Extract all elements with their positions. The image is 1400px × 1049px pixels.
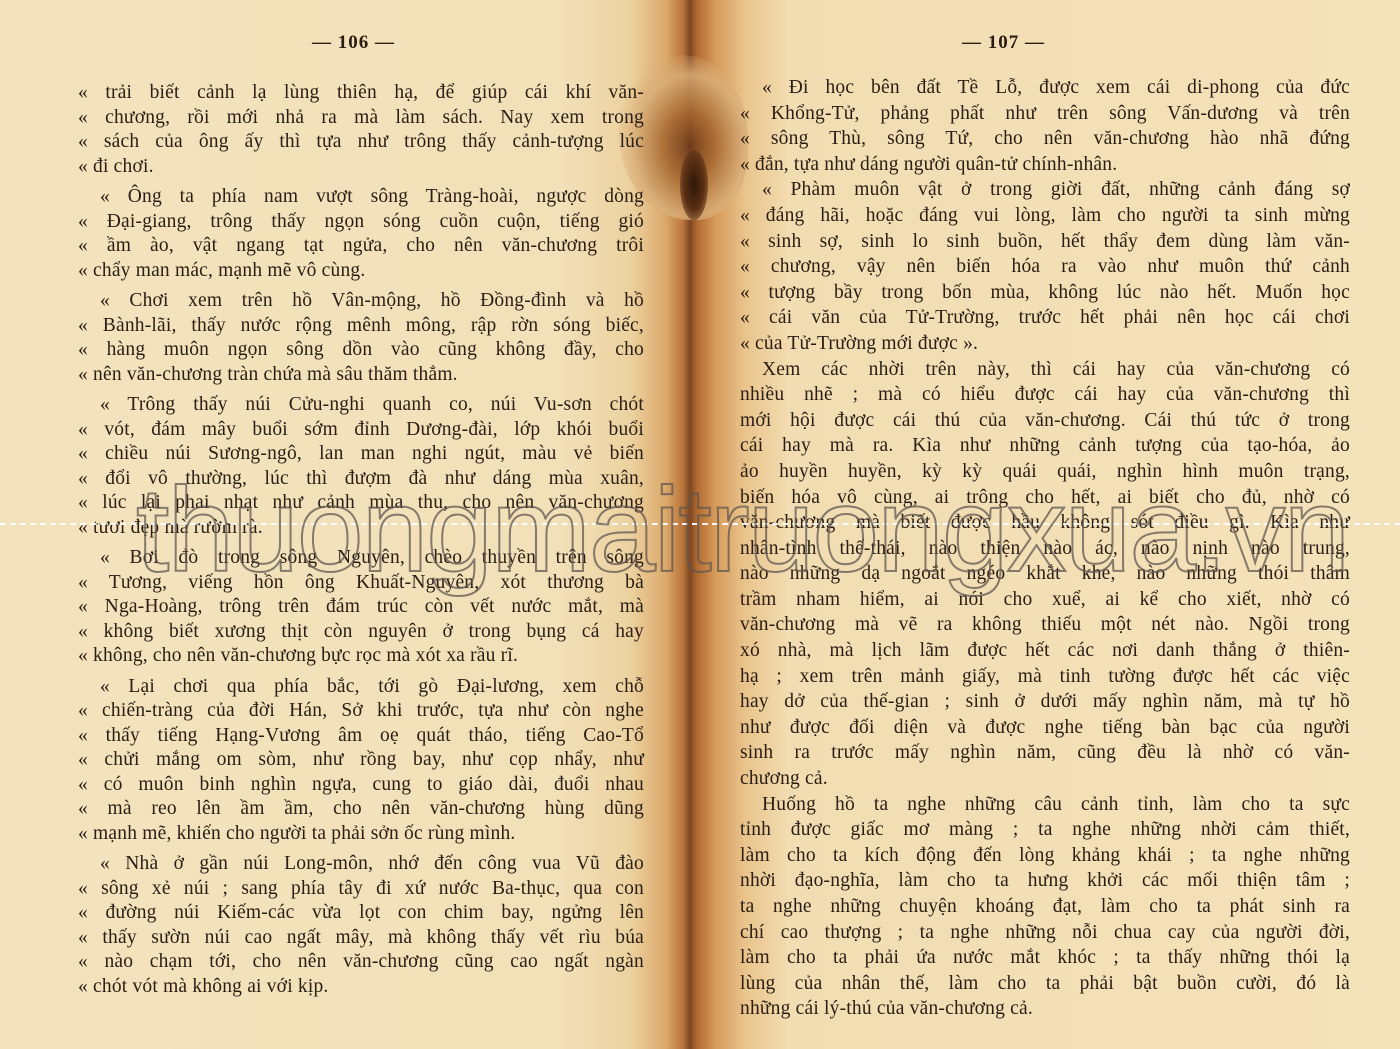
paragraph: « Ông ta phía nam vượt sông Tràng-hoài, … [78, 185, 644, 283]
text-line: « trải biết cảnh lạ lùng thiên hạ, để gi… [78, 81, 644, 106]
text-line: chương cả. [740, 766, 1350, 792]
text-line: « nào chạm tới, cho nên văn-chương cũng … [78, 950, 644, 975]
text-line: « chửi mắng om sòm, như rồng bay, như cọ… [78, 748, 644, 773]
text-line: « ầm ào, vật ngang tạt ngửa, cho nên văn… [78, 234, 644, 259]
text-line: « Lại chơi qua phía bắc, tới gò Đại-lươn… [78, 675, 644, 700]
text-line: « nên văn-chương tràn chứa mà sâu thăm t… [78, 363, 644, 388]
text-line: « Trông thấy núi Cửu-nghi quanh co, núi … [78, 393, 644, 418]
text-line: « có muôn binh nghìn ngựa, cung to giáo … [78, 773, 644, 798]
paragraph: « Đi học bên đất Tề Lỗ, được xem cái di-… [740, 75, 1350, 177]
page-number: — 107 — [962, 32, 1045, 54]
text-line: « thấy sườn núi cao ngất mây, mà không t… [78, 926, 644, 951]
text-line: « hàng muôn ngọn sông dồn vào cũng không… [78, 338, 644, 363]
text-line: những cái lý-thú của văn-chương cả. [740, 996, 1350, 1022]
text-line: « đáng hãi, hoặc đáng vui lòng, làm cho … [740, 203, 1350, 229]
paragraph: « Phàm muôn vật ở trong giời đất, những … [740, 177, 1350, 356]
paragraph: « Lại chơi qua phía bắc, tới gò Đại-lươn… [78, 675, 644, 847]
text-line: « đắn, tựa như dáng người quân-tử chính-… [740, 152, 1350, 178]
text-line: nhiều nhẽ ; mà có hiểu được cái hay của … [740, 382, 1350, 408]
text-line: « cái văn của Tử-Trường, trước hết phải … [740, 305, 1350, 331]
text-line: « chương, vậy nên biến hóa ra vào như mu… [740, 254, 1350, 280]
paragraph: Huống hồ ta nghe những câu cảnh tỉnh, là… [740, 792, 1350, 1022]
text-line: « mạnh mẽ, khiến cho người ta phải sởn ố… [78, 822, 644, 847]
text-line: « chương, rồi mới nhả ra mà làm sách. Na… [78, 106, 644, 131]
text-line: « không biết xương thịt còn nguyên ở tro… [78, 620, 644, 645]
text-line: « chót vót mà không ai với kịp. [78, 975, 644, 1000]
text-line: nhời đạo-nghĩa, làm cho ta hưng khởi các… [740, 868, 1350, 894]
text-line: xó nhà, mà lịch lãm được hết các nơi dan… [740, 638, 1350, 664]
text-line: « vót, đám mây buổi sớm đỉnh Dương-đài, … [78, 418, 644, 443]
text-line: « Bành-lãi, thấy nước rộng mênh mông, rậ… [78, 314, 644, 339]
book-spread: — 106 — « trải biết cảnh lạ lùng thiên h… [0, 0, 1400, 1049]
text-line: làm cho ta phải ứa nước mắt khóc ; ta th… [740, 945, 1350, 971]
text-line: « thấy tiếng Hạng-Vương âm oẹ quát tháo,… [78, 724, 644, 749]
text-line: ta nghe những chuyện khoáng đạt, làm cho… [740, 894, 1350, 920]
text-line: sinh ra trước mấy nghìn năm, cũng đều là… [740, 740, 1350, 766]
text-line: « Đi học bên đất Tề Lỗ, được xem cái di-… [740, 75, 1350, 101]
text-line: « của Tử-Trường mới được ». [740, 331, 1350, 357]
text-line: « chẩy man mác, mạnh mẽ vô cùng. [78, 259, 644, 284]
text-line: « Đại-giang, trông thấy ngọn sóng cuồn c… [78, 210, 644, 235]
text-line: hay dở của thế-gian ; sinh ở dưới mấy ng… [740, 689, 1350, 715]
text-line: lùng của nhân thế, làm cho ta phải bật b… [740, 971, 1350, 997]
text-line: tỉnh được giấc mơ màng ; ta nghe những n… [740, 817, 1350, 843]
text-line: « Phàm muôn vật ở trong giời đất, những … [740, 177, 1350, 203]
text-line: văn-chương mà vẽ ra không thiếu một nét … [740, 612, 1350, 638]
text-line: như được đối diện và được nghe tiếng bàn… [740, 715, 1350, 741]
paragraph: « Nhà ở gần núi Long-môn, nhớ đến công v… [78, 852, 644, 999]
watermark: thuongmaitruongxua.vn [136, 470, 1348, 590]
text-line: « sông Thù, sông Tứ, cho nên văn-chương … [740, 126, 1350, 152]
text-line: « sách của ông ấy thì tựa như trông thấy… [78, 130, 644, 155]
text-line: « đường núi Kiếm-các vừa lọt con chim ba… [78, 901, 644, 926]
text-line: hạ ; xem trên mảnh giấy, mà tinh tường đ… [740, 664, 1350, 690]
text-line: « Khổng-Tử, phảng phất như trên sông Vấn… [740, 101, 1350, 127]
text-line: « sông xẻ núi ; sang phía tây đi xứ nước… [78, 877, 644, 902]
text-line: « tượng bầy trong bốn mùa, không lúc nào… [740, 280, 1350, 306]
text-line: « mà reo lên ầm ầm, cho nên văn-chương h… [78, 797, 644, 822]
text-line: « Nhà ở gần núi Long-môn, nhớ đến công v… [78, 852, 644, 877]
text-line: « Chơi xem trên hồ Vân-mộng, hồ Đồng-đìn… [78, 289, 644, 314]
text-line: cái hay mà ra. Kìa như những cảnh tượng … [740, 433, 1350, 459]
page-number: — 106 — [312, 32, 395, 54]
paragraph: « trải biết cảnh lạ lùng thiên hạ, để gi… [78, 81, 644, 179]
text-line: « chiến-tràng của đời Hán, Sở khi trước,… [78, 699, 644, 724]
text-line: « không, cho nên văn-chương bực rọc mà x… [78, 644, 644, 669]
text-line: mới hội được cái thú của văn-chương. Cái… [740, 408, 1350, 434]
text-line: « Ông ta phía nam vượt sông Tràng-hoài, … [78, 185, 644, 210]
text-line: Huống hồ ta nghe những câu cảnh tỉnh, là… [740, 792, 1350, 818]
text-line: chí cao thượng ; ta nghe những nỗi chua … [740, 920, 1350, 946]
text-line: làm cho ta kích động đến lòng khảng khái… [740, 843, 1350, 869]
paragraph: « Chơi xem trên hồ Vân-mộng, hồ Đồng-đìn… [78, 289, 644, 387]
text-line: « sinh sợ, sinh lo sinh buồn, hết thẩy đ… [740, 229, 1350, 255]
text-line: « Nga-Hoàng, trông trên đám trúc còn vết… [78, 595, 644, 620]
text-line: Xem các nhời trên này, thì cái hay của v… [740, 357, 1350, 383]
text-line: « đi chơi. [78, 155, 644, 180]
